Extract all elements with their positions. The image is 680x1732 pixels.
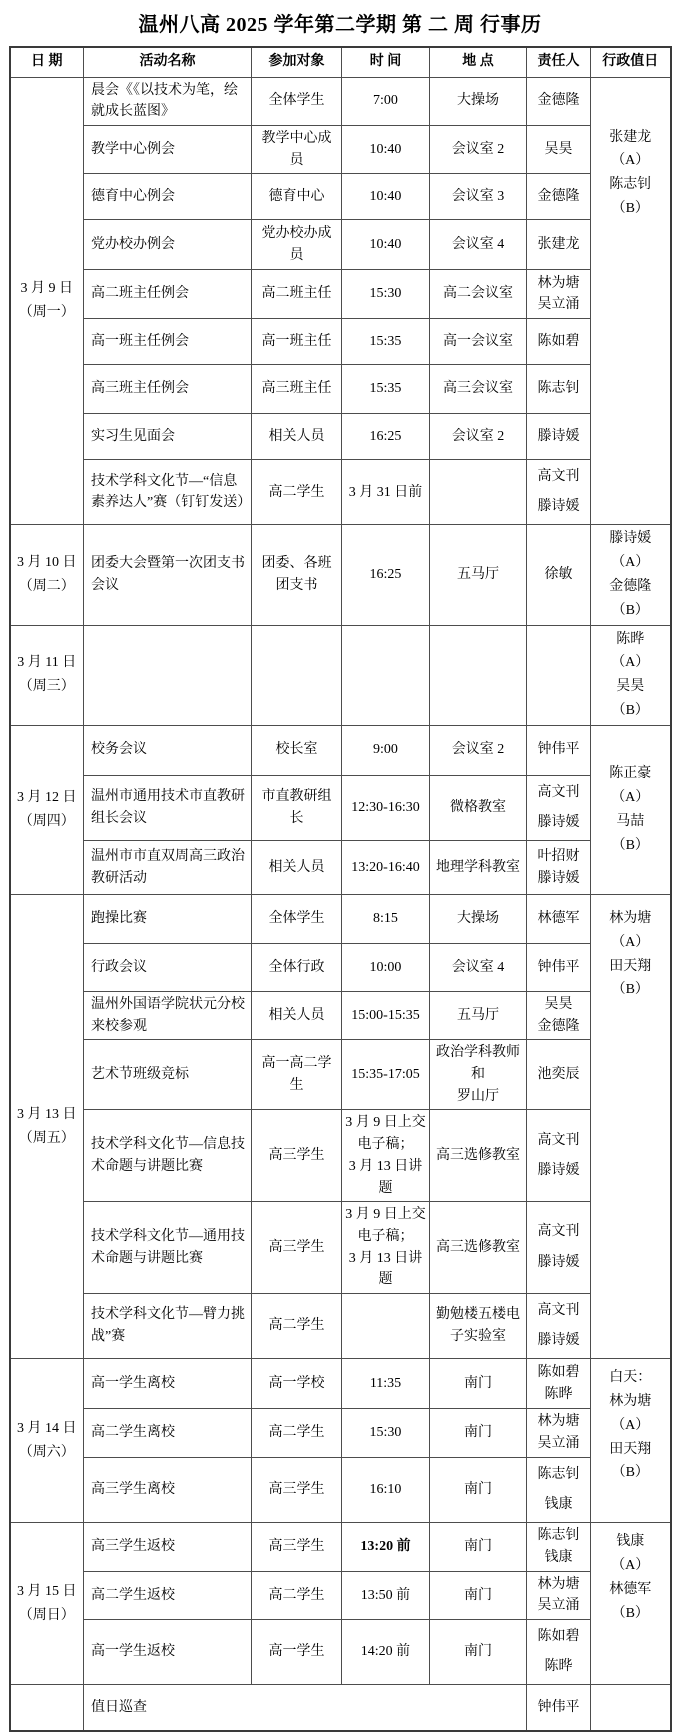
- cell-owner: 林德军: [527, 895, 591, 944]
- cell-time: 7:00: [342, 77, 430, 125]
- table-row: 3 月 9 日 （周一） 晨会《《以技术为笔，绘就成长蓝图》 全体学生 7:00…: [10, 77, 671, 125]
- cell-participants: 高三学生: [252, 1523, 342, 1571]
- cell-location: 高三会议室: [430, 365, 527, 414]
- table-row: 技术学科文化节—臂力挑战”赛 高二学生 勤勉楼五楼电 子实验室 高文刊 滕诗媛: [10, 1293, 671, 1358]
- date-cell: 3 月 10 日 （周二）: [10, 525, 84, 625]
- cell-activity: 晨会《《以技术为笔，绘就成长蓝图》: [84, 77, 252, 125]
- admin-duty-cell: 白天： 林为塘 （A） 田天翔 （B）: [591, 1359, 671, 1523]
- cell-owner: 徐敏: [527, 525, 591, 625]
- cell-location: 南门: [430, 1571, 527, 1619]
- cell-time: 16:25: [342, 525, 430, 625]
- cell-participants: [252, 625, 342, 725]
- cell-activity: 高一学生返校: [84, 1620, 252, 1685]
- cell-owner: 高文刊 滕诗媛: [527, 775, 591, 840]
- cell-participants: 全体行政: [252, 944, 342, 992]
- cell-location: 地理学科教室: [430, 841, 527, 895]
- cell-time: 13:20 前: [342, 1523, 430, 1571]
- cell-activity: 高一学生离校: [84, 1359, 252, 1409]
- cell-owner: 陈如碧 陈晔: [527, 1359, 591, 1409]
- cell-time: 15:35: [342, 319, 430, 365]
- admin-duty-cell: 陈正豪 （A） 马喆 （B）: [591, 725, 671, 894]
- cell-participants: 教学中心成员: [252, 125, 342, 173]
- table-row: 高二学生返校 高二学生 13:50 前 南门 林为塘 吴立涌: [10, 1571, 671, 1619]
- page-title: 温州八高 2025 学年第二学期 第 二 周 行事历: [0, 8, 680, 37]
- cell-time: 11:35: [342, 1359, 430, 1409]
- cell-owner: 高文刊 滕诗媛: [527, 1293, 591, 1358]
- cell-participants: 高三学生: [252, 1458, 342, 1523]
- cell-owner: 金德隆: [527, 77, 591, 125]
- cell-participants: 高二学生: [252, 1293, 342, 1358]
- table-row: 3 月 13 日 （周五） 跑操比赛 全体学生 8:15 大操场 林德军 林为塘…: [10, 895, 671, 944]
- cell-owner: 陈志钊 钱康: [527, 1523, 591, 1571]
- cell-owner: [527, 625, 591, 725]
- cell-location: 南门: [430, 1523, 527, 1571]
- admin-duty-cell: 钱康 （A） 林德军 （B）: [591, 1523, 671, 1685]
- cell-participants: 高一高二学生: [252, 1040, 342, 1110]
- table-row: 高三学生离校 高三学生 16:10 南门 陈志钊 钱康: [10, 1458, 671, 1523]
- table-row: 温州市市直双周高三政治教研活动 相关人员 13:20-16:40 地理学科教室 …: [10, 841, 671, 895]
- cell-time: [342, 625, 430, 725]
- table-row: 党办校办例会 党办校办成员 10:40 会议室 4 张建龙: [10, 220, 671, 270]
- cell-owner: 钟伟平: [527, 725, 591, 775]
- table-row: 3 月 14 日 （周六） 高一学生离校 高一学校 11:35 南门 陈如碧 陈…: [10, 1359, 671, 1409]
- cell-owner: 吴昊: [527, 125, 591, 173]
- cell-activity: 高二学生离校: [84, 1409, 252, 1458]
- cell-location: 高一会议室: [430, 319, 527, 365]
- header-time: 时 间: [342, 47, 430, 77]
- cell-activity: 高三学生返校: [84, 1523, 252, 1571]
- cell-participants: 全体学生: [252, 77, 342, 125]
- date-cell: 3 月 9 日 （周一）: [10, 77, 84, 525]
- cell-owner: 陈如碧 陈晔: [527, 1620, 591, 1685]
- cell-participants: 高一学生: [252, 1620, 342, 1685]
- date-cell: 3 月 11 日 （周三）: [10, 625, 84, 725]
- cell-participants: 高一班主任: [252, 319, 342, 365]
- cell-location: 会议室 4: [430, 220, 527, 270]
- admin-duty-cell: 林为塘 （A） 田天翔 （B）: [591, 895, 671, 1359]
- cell-location: 高三选修教室: [430, 1110, 527, 1202]
- header-admin-duty: 行政值日: [591, 47, 671, 77]
- cell-location: 政治学科教师和 罗山厅: [430, 1040, 527, 1110]
- cell-time: 16:10: [342, 1458, 430, 1523]
- table-row: 技术学科文化节—“信息素养达人”赛（钉钉发送） 高二学生 3 月 31 日前 高…: [10, 460, 671, 525]
- cell-time: 15:30: [342, 1409, 430, 1458]
- cell-participants: 高三班主任: [252, 365, 342, 414]
- table-row: 技术学科文化节—信息技术命题与讲题比赛 高三学生 3 月 9 日上交 电子稿； …: [10, 1110, 671, 1202]
- cell-time: 15:35: [342, 365, 430, 414]
- table-row: 值日巡查 钟伟平: [10, 1685, 671, 1731]
- table-row: 德育中心例会 德育中心 10:40 会议室 3 金德隆: [10, 174, 671, 220]
- table-row: 3 月 15 日 （周日） 高三学生返校 高三学生 13:20 前 南门 陈志钊…: [10, 1523, 671, 1571]
- cell-activity: 高三班主任例会: [84, 365, 252, 414]
- cell-activity: 跑操比赛: [84, 895, 252, 944]
- cell-participants: 校长室: [252, 725, 342, 775]
- table-row: 高二班主任例会 高二班主任 15:30 高二会议室 林为塘 吴立涌: [10, 270, 671, 319]
- admin-duty-cell: 滕诗媛 （A） 金德隆 （B）: [591, 525, 671, 625]
- cell-owner: 高文刊 滕诗媛: [527, 1202, 591, 1294]
- cell-participants: 高二学生: [252, 460, 342, 525]
- cell-activity: 团委大会暨第一次团支书会议: [84, 525, 252, 625]
- table-row: 温州外国语学院状元分校来校参观 相关人员 15:00-15:35 五马厅 吴昊 …: [10, 992, 671, 1040]
- cell-time: 9:00: [342, 725, 430, 775]
- table-row: 行政会议 全体行政 10:00 会议室 4 钟伟平: [10, 944, 671, 992]
- table-row: 高一班主任例会 高一班主任 15:35 高一会议室 陈如碧: [10, 319, 671, 365]
- cell-owner: 林为塘 吴立涌: [527, 270, 591, 319]
- cell-owner: 吴昊 金德隆: [527, 992, 591, 1040]
- cell-location: 高二会议室: [430, 270, 527, 319]
- cell-location: 会议室 4: [430, 944, 527, 992]
- date-cell: 3 月 15 日 （周日）: [10, 1523, 84, 1685]
- table-row: 艺术节班级竞标 高一高二学生 15:35-17:05 政治学科教师和 罗山厅 池…: [10, 1040, 671, 1110]
- cell-owner: 池奕辰: [527, 1040, 591, 1110]
- table-header-row: 日 期 活动名称 参加对象 时 间 地 点 责任人 行政值日: [10, 47, 671, 77]
- cell-owner: 林为塘 吴立涌: [527, 1409, 591, 1458]
- cell-location: 大操场: [430, 895, 527, 944]
- cell-participants: 高一学校: [252, 1359, 342, 1409]
- cell-activity: 技术学科文化节—臂力挑战”赛: [84, 1293, 252, 1358]
- table-row: 3 月 12 日 （周四） 校务会议 校长室 9:00 会议室 2 钟伟平 陈正…: [10, 725, 671, 775]
- cell-time: 15:35-17:05: [342, 1040, 430, 1110]
- cell-owner: 陈如碧: [527, 319, 591, 365]
- cell-location: 南门: [430, 1620, 527, 1685]
- cell-time: 10:40: [342, 220, 430, 270]
- cell-participants: 高二班主任: [252, 270, 342, 319]
- cell-time: 13:50 前: [342, 1571, 430, 1619]
- table-row: 3 月 11 日 （周三） 陈晔 （A） 吴昊 （B）: [10, 625, 671, 725]
- cell-participants: 全体学生: [252, 895, 342, 944]
- cell-activity: 德育中心例会: [84, 174, 252, 220]
- cell-activity: 校务会议: [84, 725, 252, 775]
- cell-time: 8:15: [342, 895, 430, 944]
- cell-activity: 技术学科文化节—信息技术命题与讲题比赛: [84, 1110, 252, 1202]
- date-cell: [10, 1685, 84, 1731]
- header-participants: 参加对象: [252, 47, 342, 77]
- cell-time: 15:00-15:35: [342, 992, 430, 1040]
- cell-participants: 团委、各班团支书: [252, 525, 342, 625]
- cell-owner: 林为塘 吴立涌: [527, 1571, 591, 1619]
- weekly-schedule-table: 日 期 活动名称 参加对象 时 间 地 点 责任人 行政值日 3 月 9 日 （…: [9, 46, 672, 1732]
- table-row: 技术学科文化节—通用技术命题与讲题比赛 高三学生 3 月 9 日上交 电子稿； …: [10, 1202, 671, 1294]
- cell-owner: 叶招财 滕诗媛: [527, 841, 591, 895]
- cell-owner: 金德隆: [527, 174, 591, 220]
- cell-location: 会议室 2: [430, 125, 527, 173]
- table-row: 教学中心例会 教学中心成员 10:40 会议室 2 吴昊: [10, 125, 671, 173]
- cell-participants: 相关人员: [252, 992, 342, 1040]
- cell-participants: 高三学生: [252, 1110, 342, 1202]
- cell-location: [430, 625, 527, 725]
- cell-activity: 温州市市直双周高三政治教研活动: [84, 841, 252, 895]
- cell-time: 15:30: [342, 270, 430, 319]
- cell-activity: 艺术节班级竞标: [84, 1040, 252, 1110]
- cell-participants: 德育中心: [252, 174, 342, 220]
- cell-location: 南门: [430, 1359, 527, 1409]
- cell-activity: 技术学科文化节—“信息素养达人”赛（钉钉发送）: [84, 460, 252, 525]
- table-row: 高三班主任例会 高三班主任 15:35 高三会议室 陈志钊: [10, 365, 671, 414]
- cell-time: 3 月 31 日前: [342, 460, 430, 525]
- cell-location: 勤勉楼五楼电 子实验室: [430, 1293, 527, 1358]
- admin-duty-cell: 陈晔 （A） 吴昊 （B）: [591, 625, 671, 725]
- cell-location: 高三选修教室: [430, 1202, 527, 1294]
- date-cell: 3 月 13 日 （周五）: [10, 895, 84, 1359]
- cell-time: 10:00: [342, 944, 430, 992]
- cell-activity: 高三学生离校: [84, 1458, 252, 1523]
- cell-location: 会议室 2: [430, 725, 527, 775]
- cell-participants: 高二学生: [252, 1571, 342, 1619]
- cell-time: 13:20-16:40: [342, 841, 430, 895]
- cell-participants: 高三学生: [252, 1202, 342, 1294]
- cell-location: 会议室 3: [430, 174, 527, 220]
- date-cell: 3 月 14 日 （周六）: [10, 1359, 84, 1523]
- cell-activity: 高一班主任例会: [84, 319, 252, 365]
- cell-owner: 张建龙: [527, 220, 591, 270]
- cell-time: 16:25: [342, 414, 430, 460]
- cell-time: 3 月 9 日上交 电子稿； 3 月 13 日讲题: [342, 1202, 430, 1294]
- cell-owner: 陈志钊 钱康: [527, 1458, 591, 1523]
- admin-duty-cell: 张建龙 （A） 陈志钊 （B）: [591, 77, 671, 525]
- cell-owner: 钟伟平: [527, 1685, 591, 1731]
- cell-participants: 党办校办成员: [252, 220, 342, 270]
- cell-activity: 技术学科文化节—通用技术命题与讲题比赛: [84, 1202, 252, 1294]
- cell-time: 14:20 前: [342, 1620, 430, 1685]
- cell-participants: 高二学生: [252, 1409, 342, 1458]
- cell-time: 3 月 9 日上交 电子稿； 3 月 13 日讲题: [342, 1110, 430, 1202]
- cell-time: 12:30-16:30: [342, 775, 430, 840]
- cell-participants: 相关人员: [252, 841, 342, 895]
- cell-location: 五马厅: [430, 992, 527, 1040]
- header-location: 地 点: [430, 47, 527, 77]
- cell-activity: 高二班主任例会: [84, 270, 252, 319]
- cell-time: 10:40: [342, 174, 430, 220]
- cell-location: [430, 460, 527, 525]
- cell-participants: 市直教研组长: [252, 775, 342, 840]
- cell-activity: 行政会议: [84, 944, 252, 992]
- cell-location: 大操场: [430, 77, 527, 125]
- table-row: 实习生见面会 相关人员 16:25 会议室 2 滕诗媛: [10, 414, 671, 460]
- cell-owner: 陈志钊: [527, 365, 591, 414]
- cell-owner: 高文刊 滕诗媛: [527, 460, 591, 525]
- cell-activity: 值日巡查: [84, 1685, 527, 1731]
- table-row: 3 月 10 日 （周二） 团委大会暨第一次团支书会议 团委、各班团支书 16:…: [10, 525, 671, 625]
- cell-activity: [84, 625, 252, 725]
- cell-location: 五马厅: [430, 525, 527, 625]
- cell-owner: 钟伟平: [527, 944, 591, 992]
- table-row: 高二学生离校 高二学生 15:30 南门 林为塘 吴立涌: [10, 1409, 671, 1458]
- cell-activity: 温州市通用技术市直教研组长会议: [84, 775, 252, 840]
- header-date: 日 期: [10, 47, 84, 77]
- cell-location: 会议室 2: [430, 414, 527, 460]
- cell-participants: 相关人员: [252, 414, 342, 460]
- cell-activity: 温州外国语学院状元分校来校参观: [84, 992, 252, 1040]
- table-row: 高一学生返校 高一学生 14:20 前 南门 陈如碧 陈晔: [10, 1620, 671, 1685]
- table-row: 温州市通用技术市直教研组长会议 市直教研组长 12:30-16:30 微格教室 …: [10, 775, 671, 840]
- cell-location: 微格教室: [430, 775, 527, 840]
- cell-owner: 高文刊 滕诗媛: [527, 1110, 591, 1202]
- cell-owner: 滕诗媛: [527, 414, 591, 460]
- header-owner: 责任人: [527, 47, 591, 77]
- cell-time: [342, 1293, 430, 1358]
- date-cell: 3 月 12 日 （周四）: [10, 725, 84, 894]
- cell-activity: 实习生见面会: [84, 414, 252, 460]
- cell-activity: 党办校办例会: [84, 220, 252, 270]
- cell-activity: 教学中心例会: [84, 125, 252, 173]
- cell-activity: 高二学生返校: [84, 1571, 252, 1619]
- cell-time: 10:40: [342, 125, 430, 173]
- header-activity: 活动名称: [84, 47, 252, 77]
- admin-duty-cell: [591, 1685, 671, 1731]
- cell-location: 南门: [430, 1458, 527, 1523]
- cell-location: 南门: [430, 1409, 527, 1458]
